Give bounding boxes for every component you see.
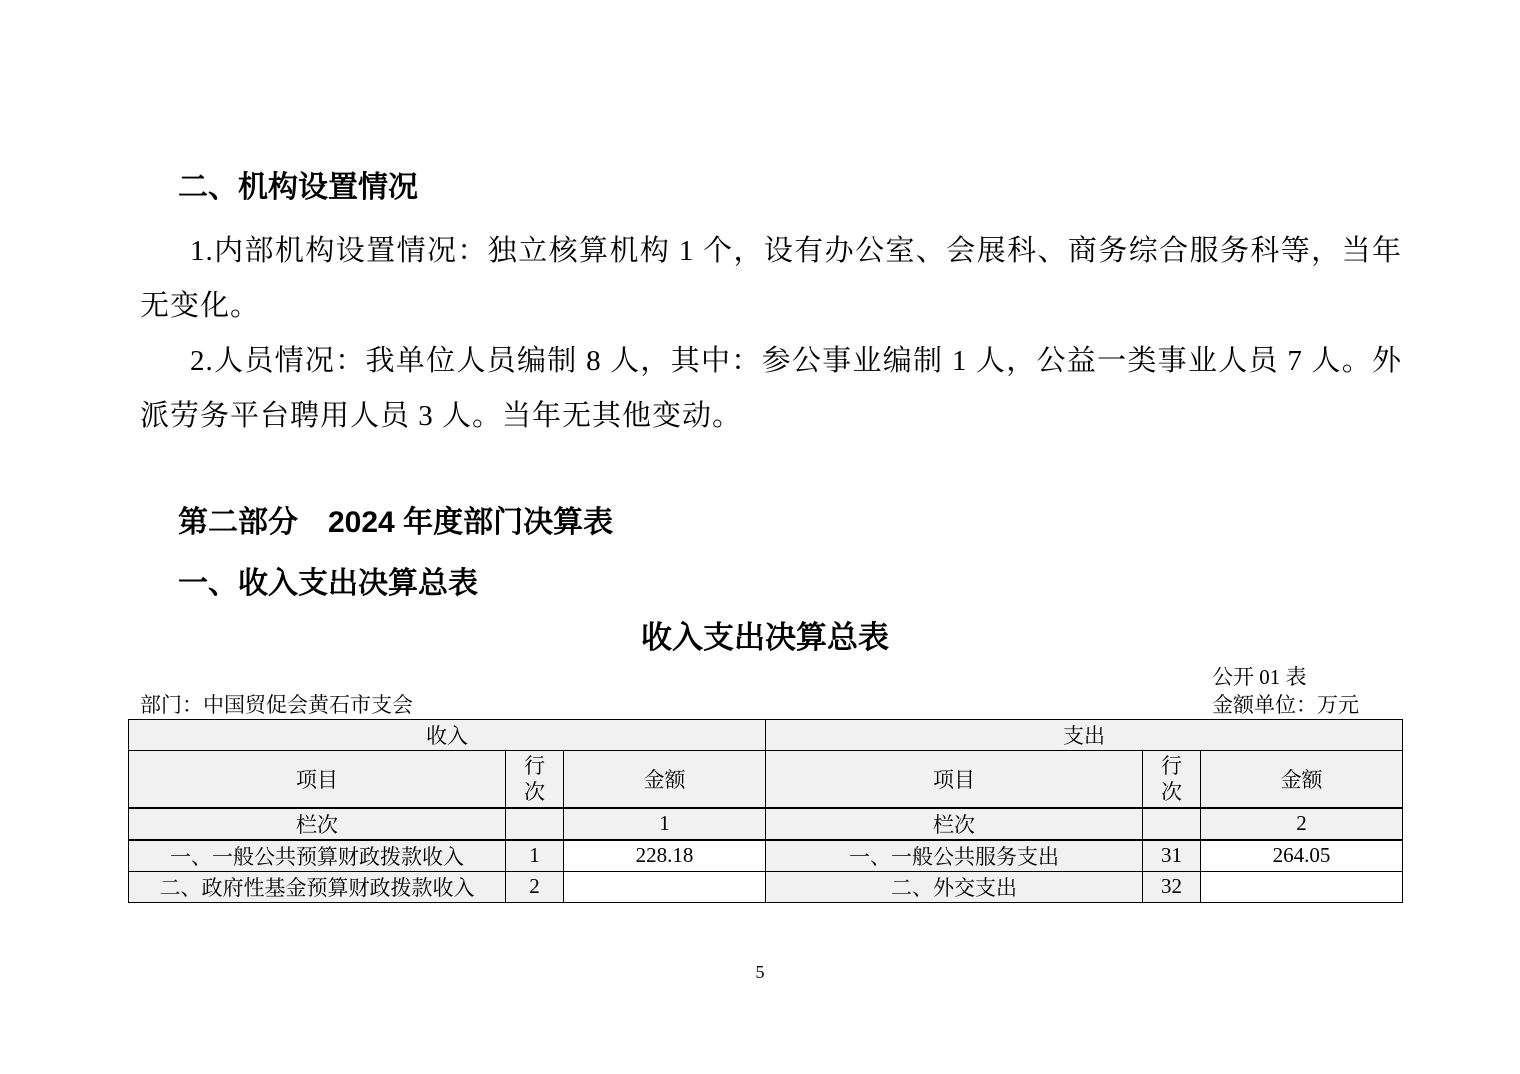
expenditure-amount — [1201, 871, 1403, 902]
org-setup-heading: 二、机构设置情况 — [178, 170, 418, 206]
income-lane-number: 1 — [564, 808, 766, 840]
income-item: 二、政府性基金预算财政拨款收入 — [129, 871, 506, 902]
expenditure-item: 二、外交支出 — [766, 871, 1143, 902]
income-item-header: 项目 — [129, 751, 506, 808]
table-section-heading: 一、收入支出决算总表 — [178, 566, 478, 602]
income-amount: 228.18 — [564, 840, 766, 872]
table-row: 二、政府性基金预算财政拨款收入 2 二、外交支出 32 — [129, 871, 1403, 902]
income-section-header: 收入 — [129, 720, 766, 751]
sheet-label: 公开 01 表 — [1212, 663, 1307, 691]
expenditure-item: 一、一般公共服务支出 — [766, 840, 1143, 872]
income-amount — [564, 871, 766, 902]
expenditure-line-no-header-text: 行次 — [1160, 753, 1183, 805]
expenditure-lane-number: 2 — [1201, 808, 1403, 840]
table-row: 一、一般公共预算财政拨款收入 1 228.18 一、一般公共服务支出 31 26… — [129, 840, 1403, 872]
expenditure-line-no: 31 — [1143, 840, 1201, 872]
income-line-no: 2 — [506, 871, 564, 902]
expenditure-amount-header: 金额 — [1201, 751, 1403, 808]
paragraph-internal-structure: 1.内部机构设置情况：独立核算机构 1 个，设有办公室、会展科、商务综合服务科等… — [140, 224, 1402, 334]
income-amount-header: 金额 — [564, 751, 766, 808]
expenditure-amount: 264.05 — [1201, 840, 1403, 872]
table-title: 收入支出决算总表 — [128, 612, 1402, 657]
expenditure-section-header: 支出 — [766, 720, 1403, 751]
income-line-no-header-text: 行次 — [523, 753, 546, 805]
income-lane-label: 栏次 — [129, 808, 506, 840]
budget-summary-table: 收入 支出 项目 行次 金额 项目 行次 金额 栏次 1 栏次 2 一、一般公共… — [128, 719, 1403, 903]
document-page: 二、机构设置情况 1.内部机构设置情况：独立核算机构 1 个，设有办公室、会展科… — [0, 0, 1520, 1074]
department-label: 部门：中国贸促会黄石市支会 — [140, 691, 413, 719]
income-item: 一、一般公共预算财政拨款收入 — [129, 840, 506, 872]
expenditure-item-header: 项目 — [766, 751, 1143, 808]
expenditure-line-no-header: 行次 — [1143, 751, 1201, 808]
expenditure-line-no: 32 — [1143, 871, 1201, 902]
expenditure-lane-lineno-cell — [1143, 808, 1201, 840]
income-lane-lineno-cell — [506, 808, 564, 840]
page-number: 5 — [0, 962, 1520, 983]
income-line-no: 1 — [506, 840, 564, 872]
expenditure-lane-label: 栏次 — [766, 808, 1143, 840]
part2-heading: 第二部分 2024 年度部门决算表 — [178, 505, 613, 541]
income-line-no-header: 行次 — [506, 751, 564, 808]
paragraph-personnel: 2.人员情况：我单位人员编制 8 人，其中：参公事业编制 1 人，公益一类事业人… — [140, 334, 1402, 444]
unit-label: 金额单位：万元 — [1212, 691, 1359, 719]
